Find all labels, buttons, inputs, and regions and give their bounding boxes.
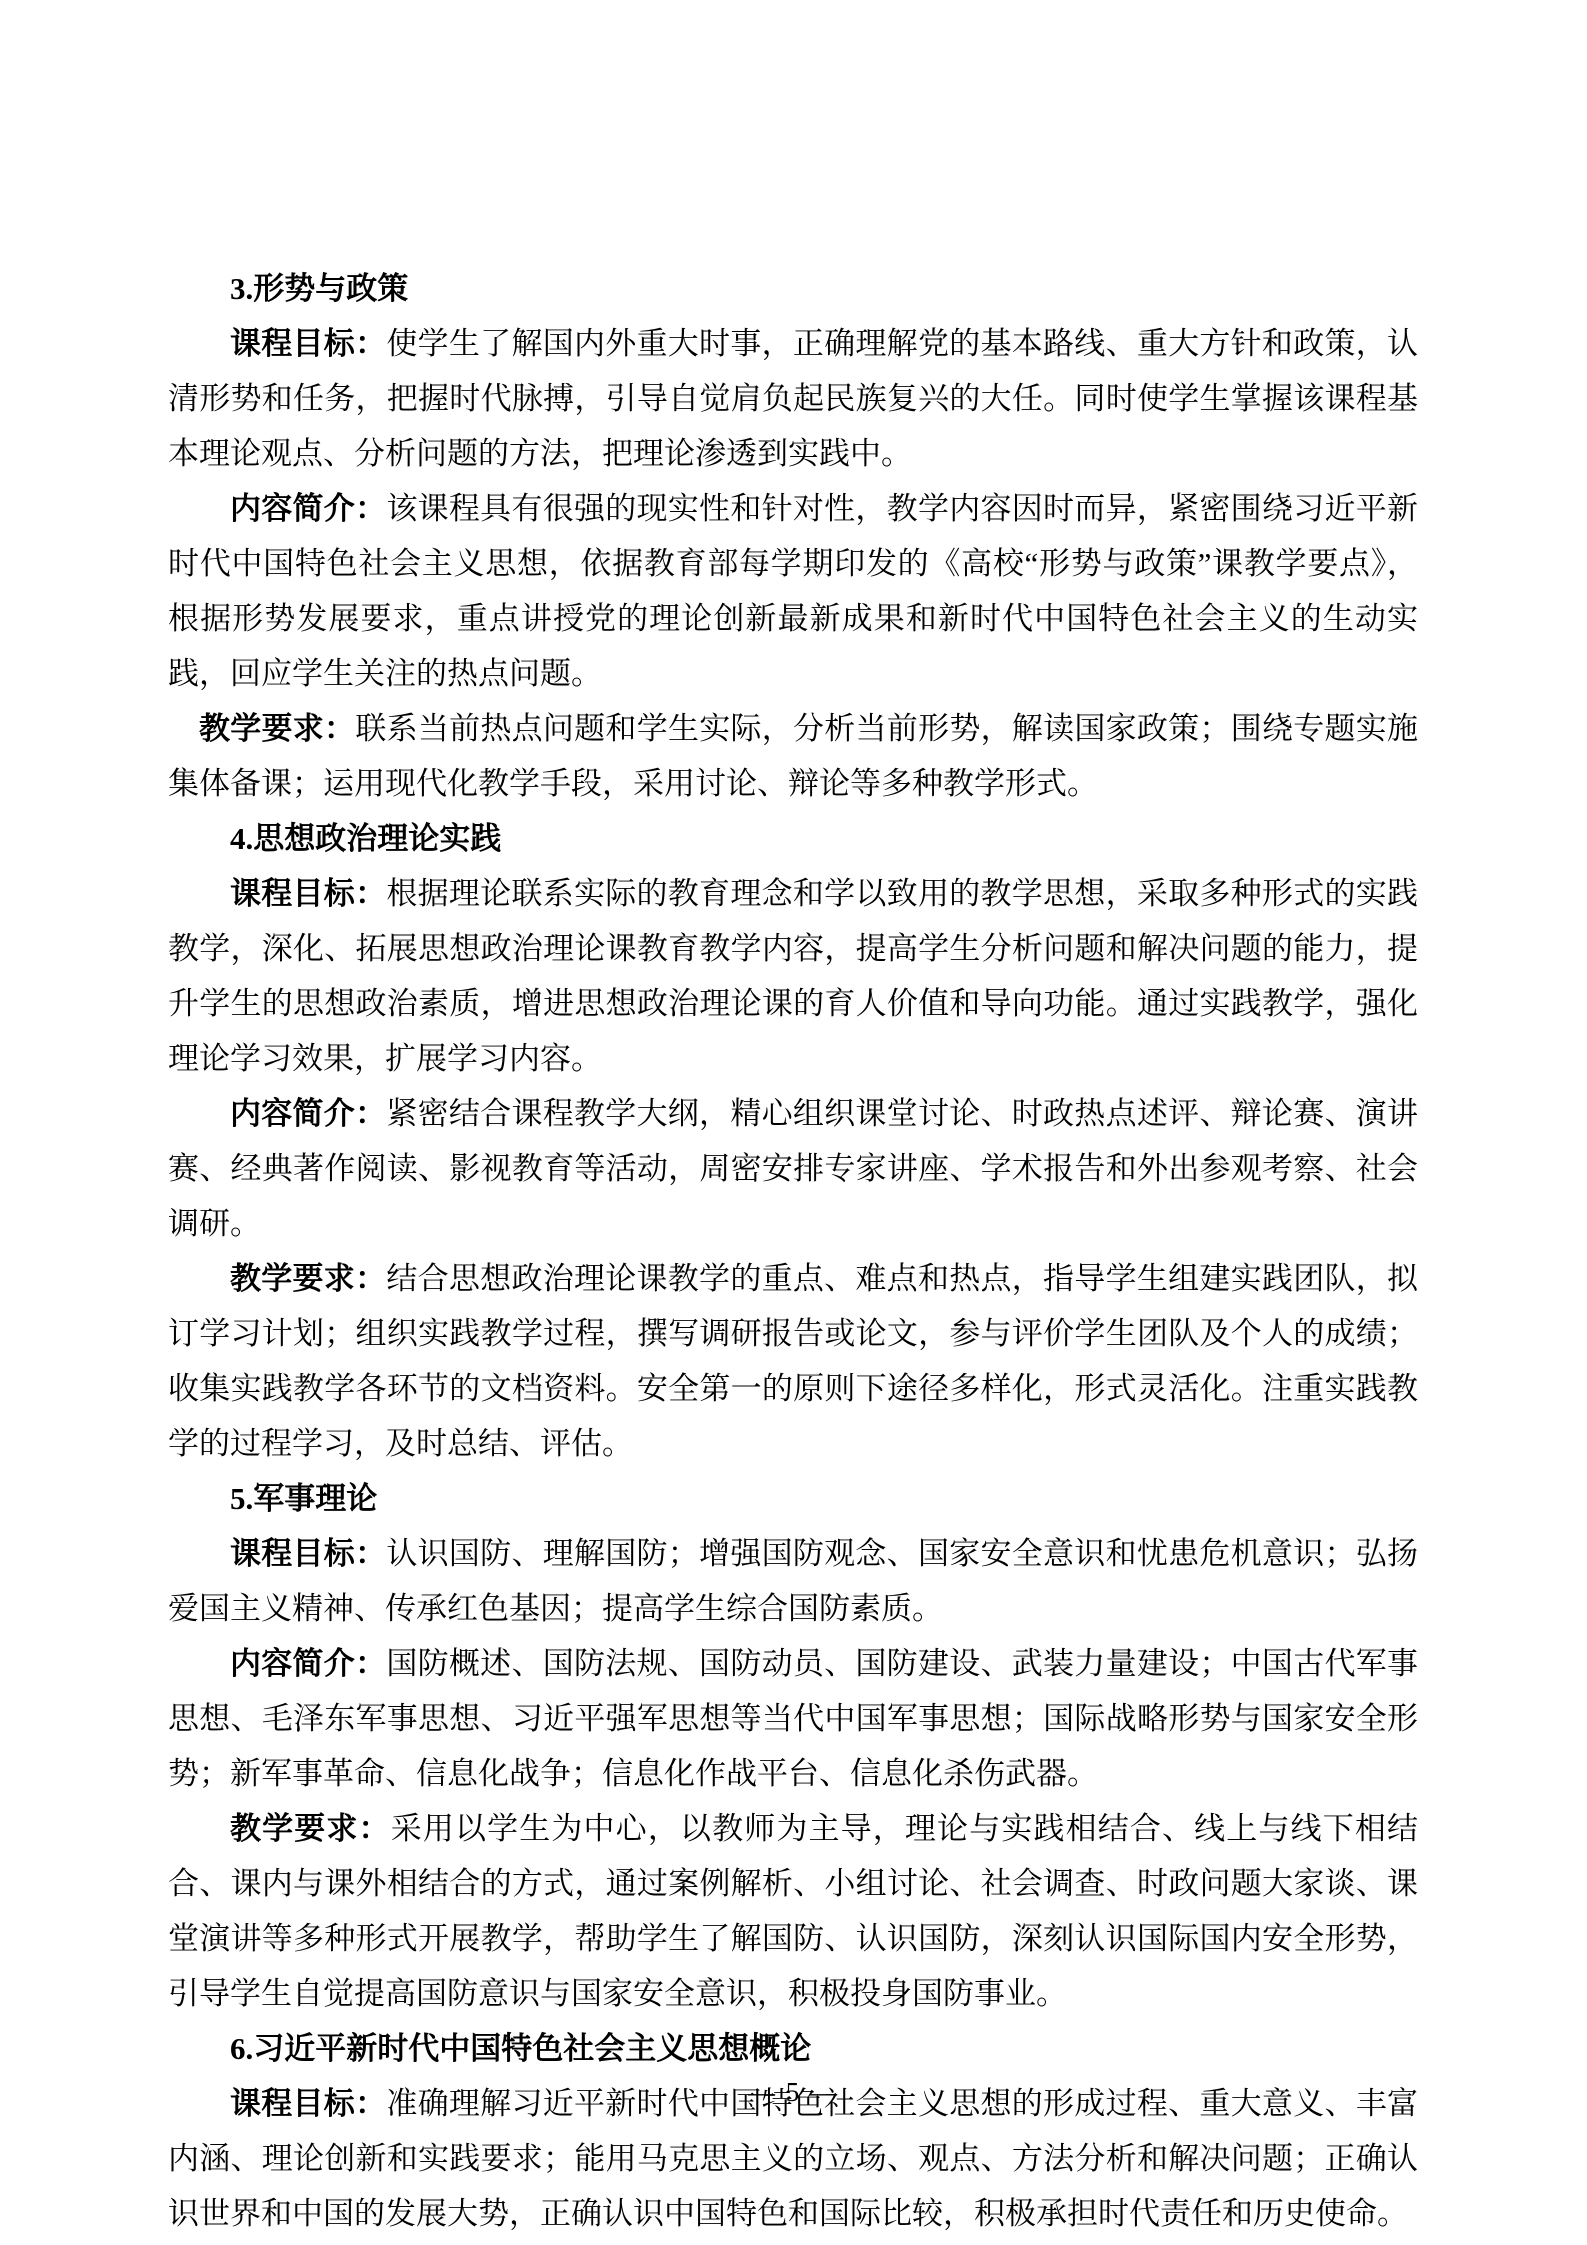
paragraph-label: 教学要求： xyxy=(230,1261,386,1296)
paragraph: 课程目标：使学生了解国内外重大时事，正确理解党的基本路线、重大方针和政策，认清形… xyxy=(168,316,1418,481)
paragraph: 课程目标：根据理论联系实际的教育理念和学以致用的教学思想，采取多种形式的实践教学… xyxy=(168,866,1418,1086)
document-body: 3.形势与政策课程目标：使学生了解国内外重大时事，正确理解党的基本路线、重大方针… xyxy=(168,261,1418,2241)
paragraph-label: 内容简介： xyxy=(230,1096,386,1131)
paragraph-label: 课程目标： xyxy=(230,1536,386,1571)
paragraph-label: 课程目标： xyxy=(230,876,386,911)
document-page: 3.形势与政策课程目标：使学生了解国内外重大时事，正确理解党的基本路线、重大方针… xyxy=(0,0,1587,2245)
paragraph-label: 教学要求： xyxy=(199,711,355,746)
paragraph: 教学要求：结合思想政治理论课教学的重点、难点和热点，指导学生组建实践团队，拟订学… xyxy=(168,1251,1418,1471)
page-footer: — 5 — xyxy=(0,2072,1587,2112)
paragraph: 内容简介：紧密结合课程教学大纲，精心组织课堂讨论、时政热点述评、辩论赛、演讲赛、… xyxy=(168,1086,1418,1251)
paragraph-label: 课程目标： xyxy=(230,326,386,361)
paragraph: 内容简介：该课程具有很强的现实性和针对性，教学内容因时而异，紧密围绕习近平新时代… xyxy=(168,481,1418,701)
paragraph: 教学要求：采用以学生为中心，以教师为主导，理论与实践相结合、线上与线下相结合、课… xyxy=(168,1801,1418,2021)
paragraph: 教学要求：联系当前热点问题和学生实际，分析当前形势，解读国家政策；围绕专题实施集… xyxy=(168,701,1418,811)
section-heading: 3.形势与政策 xyxy=(168,261,1418,316)
paragraph-label: 内容简介： xyxy=(230,491,386,526)
section-heading: 4.思想政治理论实践 xyxy=(168,811,1418,866)
page-number: — 5 — xyxy=(748,2077,839,2107)
paragraph: 内容简介：国防概述、国防法规、国防动员、国防建设、武装力量建设；中国古代军事思想… xyxy=(168,1636,1418,1801)
section-heading: 6.习近平新时代中国特色社会主义思想概论 xyxy=(168,2021,1418,2076)
paragraph-label: 教学要求： xyxy=(230,1811,391,1846)
section-heading: 5.军事理论 xyxy=(168,1471,1418,1526)
paragraph: 课程目标：认识国防、理解国防；增强国防观念、国家安全意识和忧患危机意识；弘扬爱国… xyxy=(168,1526,1418,1636)
paragraph-text: 联系当前热点问题和学生实际，分析当前形势，解读国家政策；围绕专题实施集体备课；运… xyxy=(168,711,1418,801)
paragraph-label: 内容简介： xyxy=(230,1646,386,1681)
